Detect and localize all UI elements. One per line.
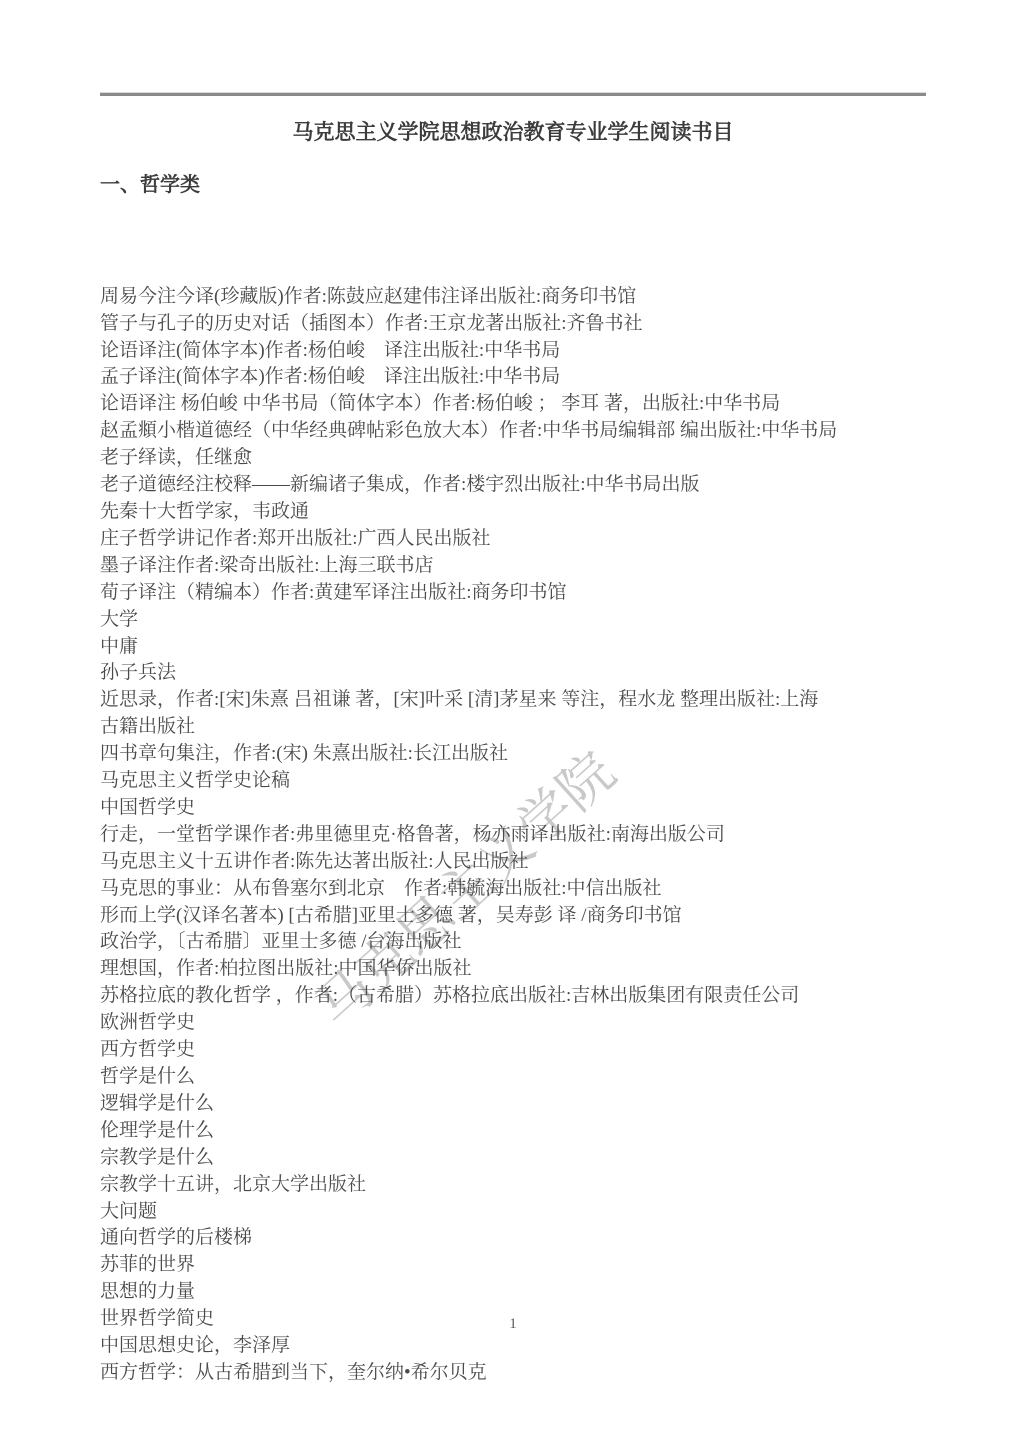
book-list-item: 逻辑学是什么	[100, 1091, 926, 1118]
book-list-item: 四书章句集注，作者:(宋) 朱熹出版社:长江出版社	[100, 741, 926, 768]
book-list-item: 近思录，作者:[宋]朱熹 吕祖谦 著，[宋]叶采 [清]茅星来 等注，程水龙 整…	[100, 687, 926, 714]
section-heading-philosophy: 一、哲学类	[100, 172, 926, 199]
document-page: 马克思主义学院 马克思主义学院思想政治教育专业学生阅读书目 一、哲学类 周易今注…	[0, 0, 1024, 1448]
book-list-item: 老子绎读，任继愈	[100, 445, 926, 472]
book-list-item: 论语译注 杨伯峻 中华书局（简体字本）作者:杨伯峻 ； 李耳 著，出版社:中华书…	[100, 391, 926, 418]
book-list-item: 管子与孔子的历史对话（插图本）作者:王京龙著出版社:齐鲁书社	[100, 311, 926, 338]
book-list-item: 孙子兵法	[100, 660, 926, 687]
book-list-item: 行走，一堂哲学课作者:弗里德里克·格鲁著，杨亦雨译出版社:南海出版公司	[100, 822, 926, 849]
book-list-item: 通向哲学的后楼梯	[100, 1225, 926, 1252]
book-list-item: 西方哲学：从古希腊到当下，奎尔纳•希尔贝克	[100, 1360, 926, 1387]
book-list-item: 古籍出版社	[100, 714, 926, 741]
book-list-item: 庄子哲学讲记作者:郑开出版社:广西人民出版社	[100, 526, 926, 553]
book-list-item: 荀子译注（精编本）作者:黄建军译注出版社:商务印书馆	[100, 580, 926, 607]
book-list-item: 哲学是什么	[100, 1064, 926, 1091]
book-list-item: 理想国，作者:柏拉图出版社:中国华侨出版社	[100, 956, 926, 983]
document-title: 马克思主义学院思想政治教育专业学生阅读书目	[100, 118, 926, 146]
book-list-item: 中国思想史论，李泽厚	[100, 1333, 926, 1360]
book-list-item: 老子道德经注校释——新编诸子集成，作者:楼宇烈出版社:中华书局出版	[100, 472, 926, 499]
page-number: 1	[100, 1316, 926, 1333]
book-list-item: 中国哲学史	[100, 795, 926, 822]
book-list-item: 宗教学是什么	[100, 1145, 926, 1172]
book-list-item: 论语译注(简体字本)作者:杨伯峻 译注出版社:中华书局	[100, 338, 926, 365]
book-list-item: 马克思主义哲学史论稿	[100, 768, 926, 795]
book-list-item: 大问题	[100, 1199, 926, 1226]
book-list-item: 形而上学(汉译名著本) [古希腊]亚里士多德 著，吴寿彭 译 /商务印书馆	[100, 903, 926, 930]
book-list-item: 苏格拉底的教化哲学 ，作者:（古希腊）苏格拉底出版社:吉林出版集团有限责任公司	[100, 983, 926, 1010]
book-list-item: 孟子译注(简体字本)作者:杨伯峻 译注出版社:中华书局	[100, 364, 926, 391]
book-list-item: 思想的力量	[100, 1279, 926, 1306]
book-list-item: 赵孟頫小楷道德经（中华经典碑帖彩色放大本）作者:中华书局编辑部 编出版社:中华书…	[100, 418, 926, 445]
document-content: 马克思主义学院思想政治教育专业学生阅读书目 一、哲学类 周易今注今译(珍藏版)作…	[100, 0, 926, 1387]
book-list-item: 大学	[100, 607, 926, 634]
book-list-item: 马克思的事业：从布鲁塞尔到北京 作者:韩毓海出版社:中信出版社	[100, 876, 926, 903]
book-list-item: 马克思主义十五讲作者:陈先达著出版社:人民出版社	[100, 849, 926, 876]
book-list-item: 中庸	[100, 634, 926, 661]
book-list-item: 政治学，〔古希腊〕亚里士多德 /台海出版社	[100, 929, 926, 956]
book-list: 周易今注今译(珍藏版)作者:陈鼓应赵建伟注译出版社:商务印书馆管子与孔子的历史对…	[100, 203, 926, 1387]
book-list-item: 先秦十大哲学家，韦政通	[100, 499, 926, 526]
header-rule	[100, 92, 926, 96]
book-list-item: 苏菲的世界	[100, 1252, 926, 1279]
book-list-item: 欧洲哲学史	[100, 1010, 926, 1037]
book-list-item: 宗教学十五讲，北京大学出版社	[100, 1172, 926, 1199]
book-list-item: 伦理学是什么	[100, 1118, 926, 1145]
book-list-item: 西方哲学史	[100, 1037, 926, 1064]
book-list-item: 周易今注今译(珍藏版)作者:陈鼓应赵建伟注译出版社:商务印书馆	[100, 284, 926, 311]
book-list-item: 墨子译注作者:梁奇出版社:上海三联书店	[100, 553, 926, 580]
